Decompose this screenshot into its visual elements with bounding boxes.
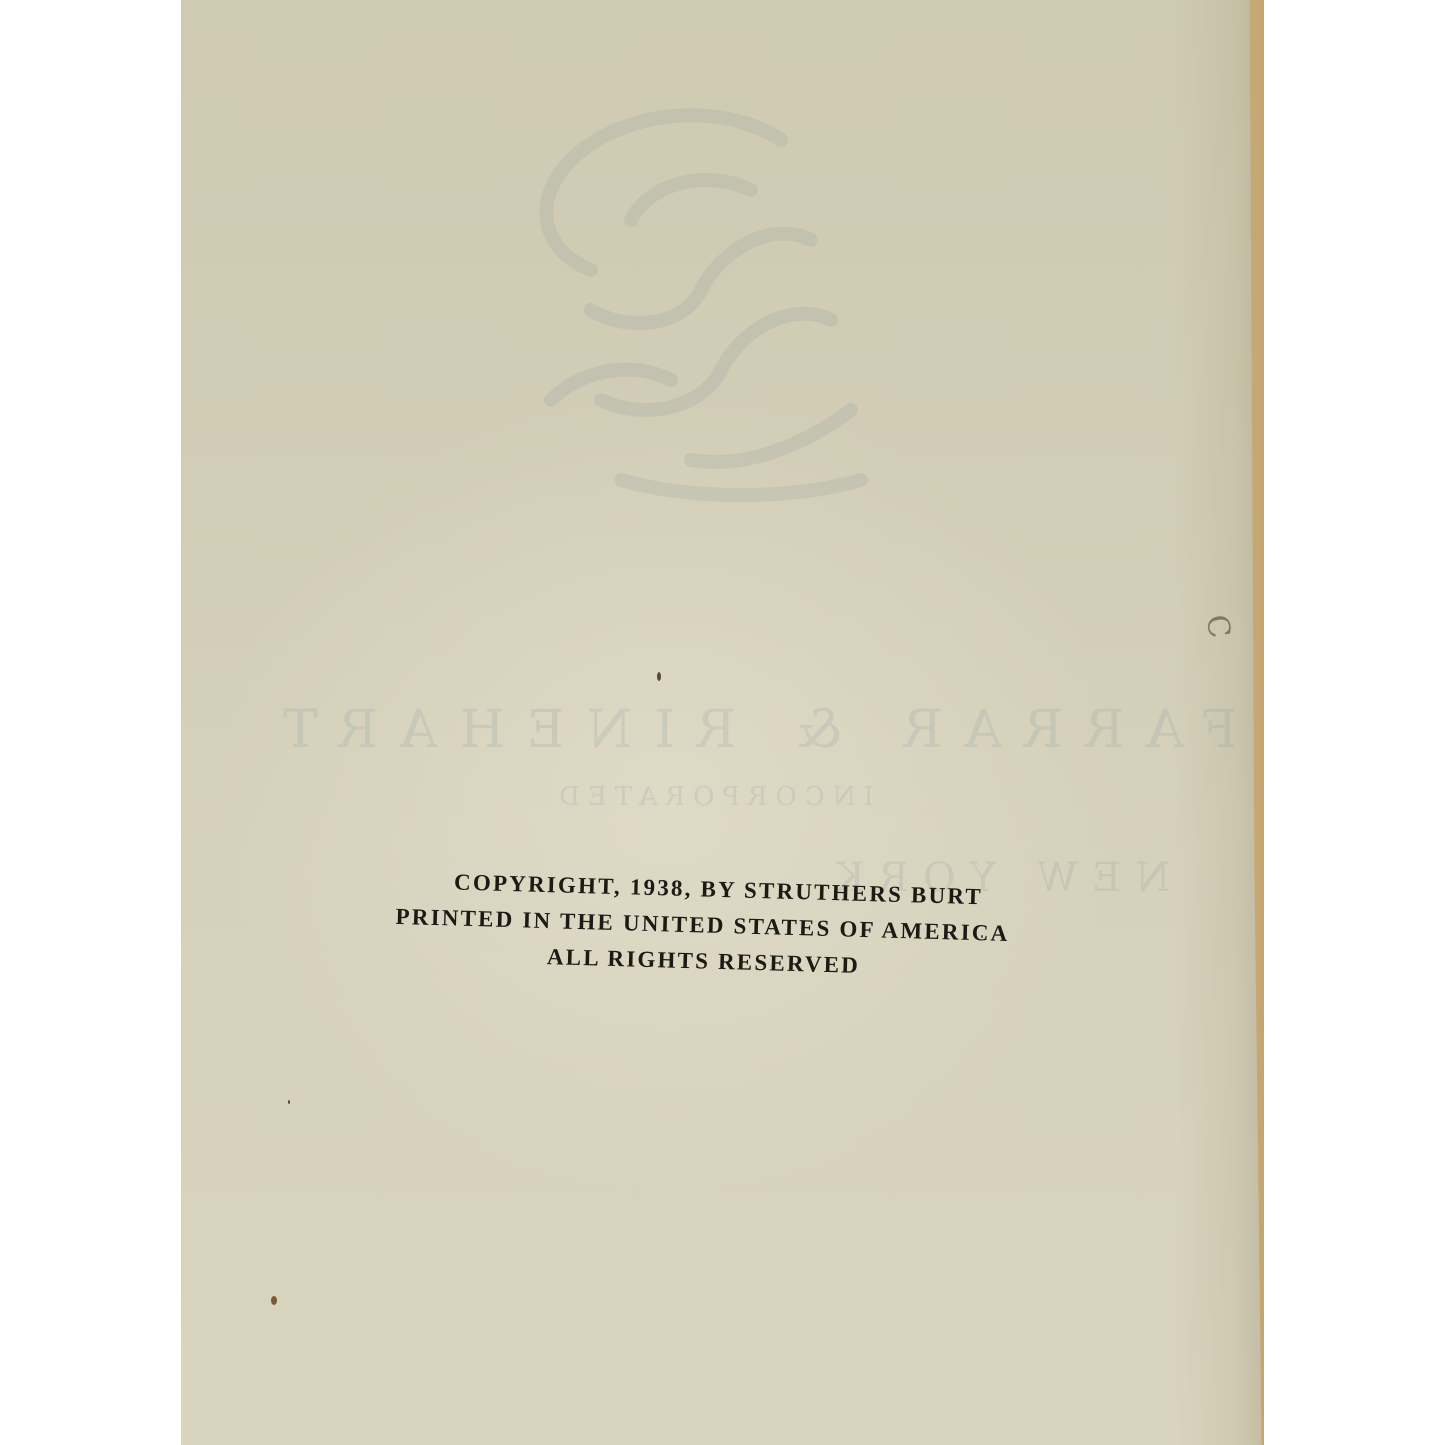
gutter-shadow xyxy=(1174,0,1264,1445)
screenshot-stage: FARRAR & RINEHART INCORPORATED NEW YORK … xyxy=(0,0,1445,1445)
show-through-publisher: FARRAR & RINEHART xyxy=(261,700,1237,760)
paper-speck xyxy=(271,1296,277,1305)
publisher-emblem-icon xyxy=(431,80,951,520)
paper-speck xyxy=(288,1100,290,1104)
show-through-incorporated: INCORPORATED xyxy=(551,782,874,812)
paper-speck xyxy=(657,672,661,681)
book-page-photo: FARRAR & RINEHART INCORPORATED NEW YORK … xyxy=(181,0,1264,1445)
